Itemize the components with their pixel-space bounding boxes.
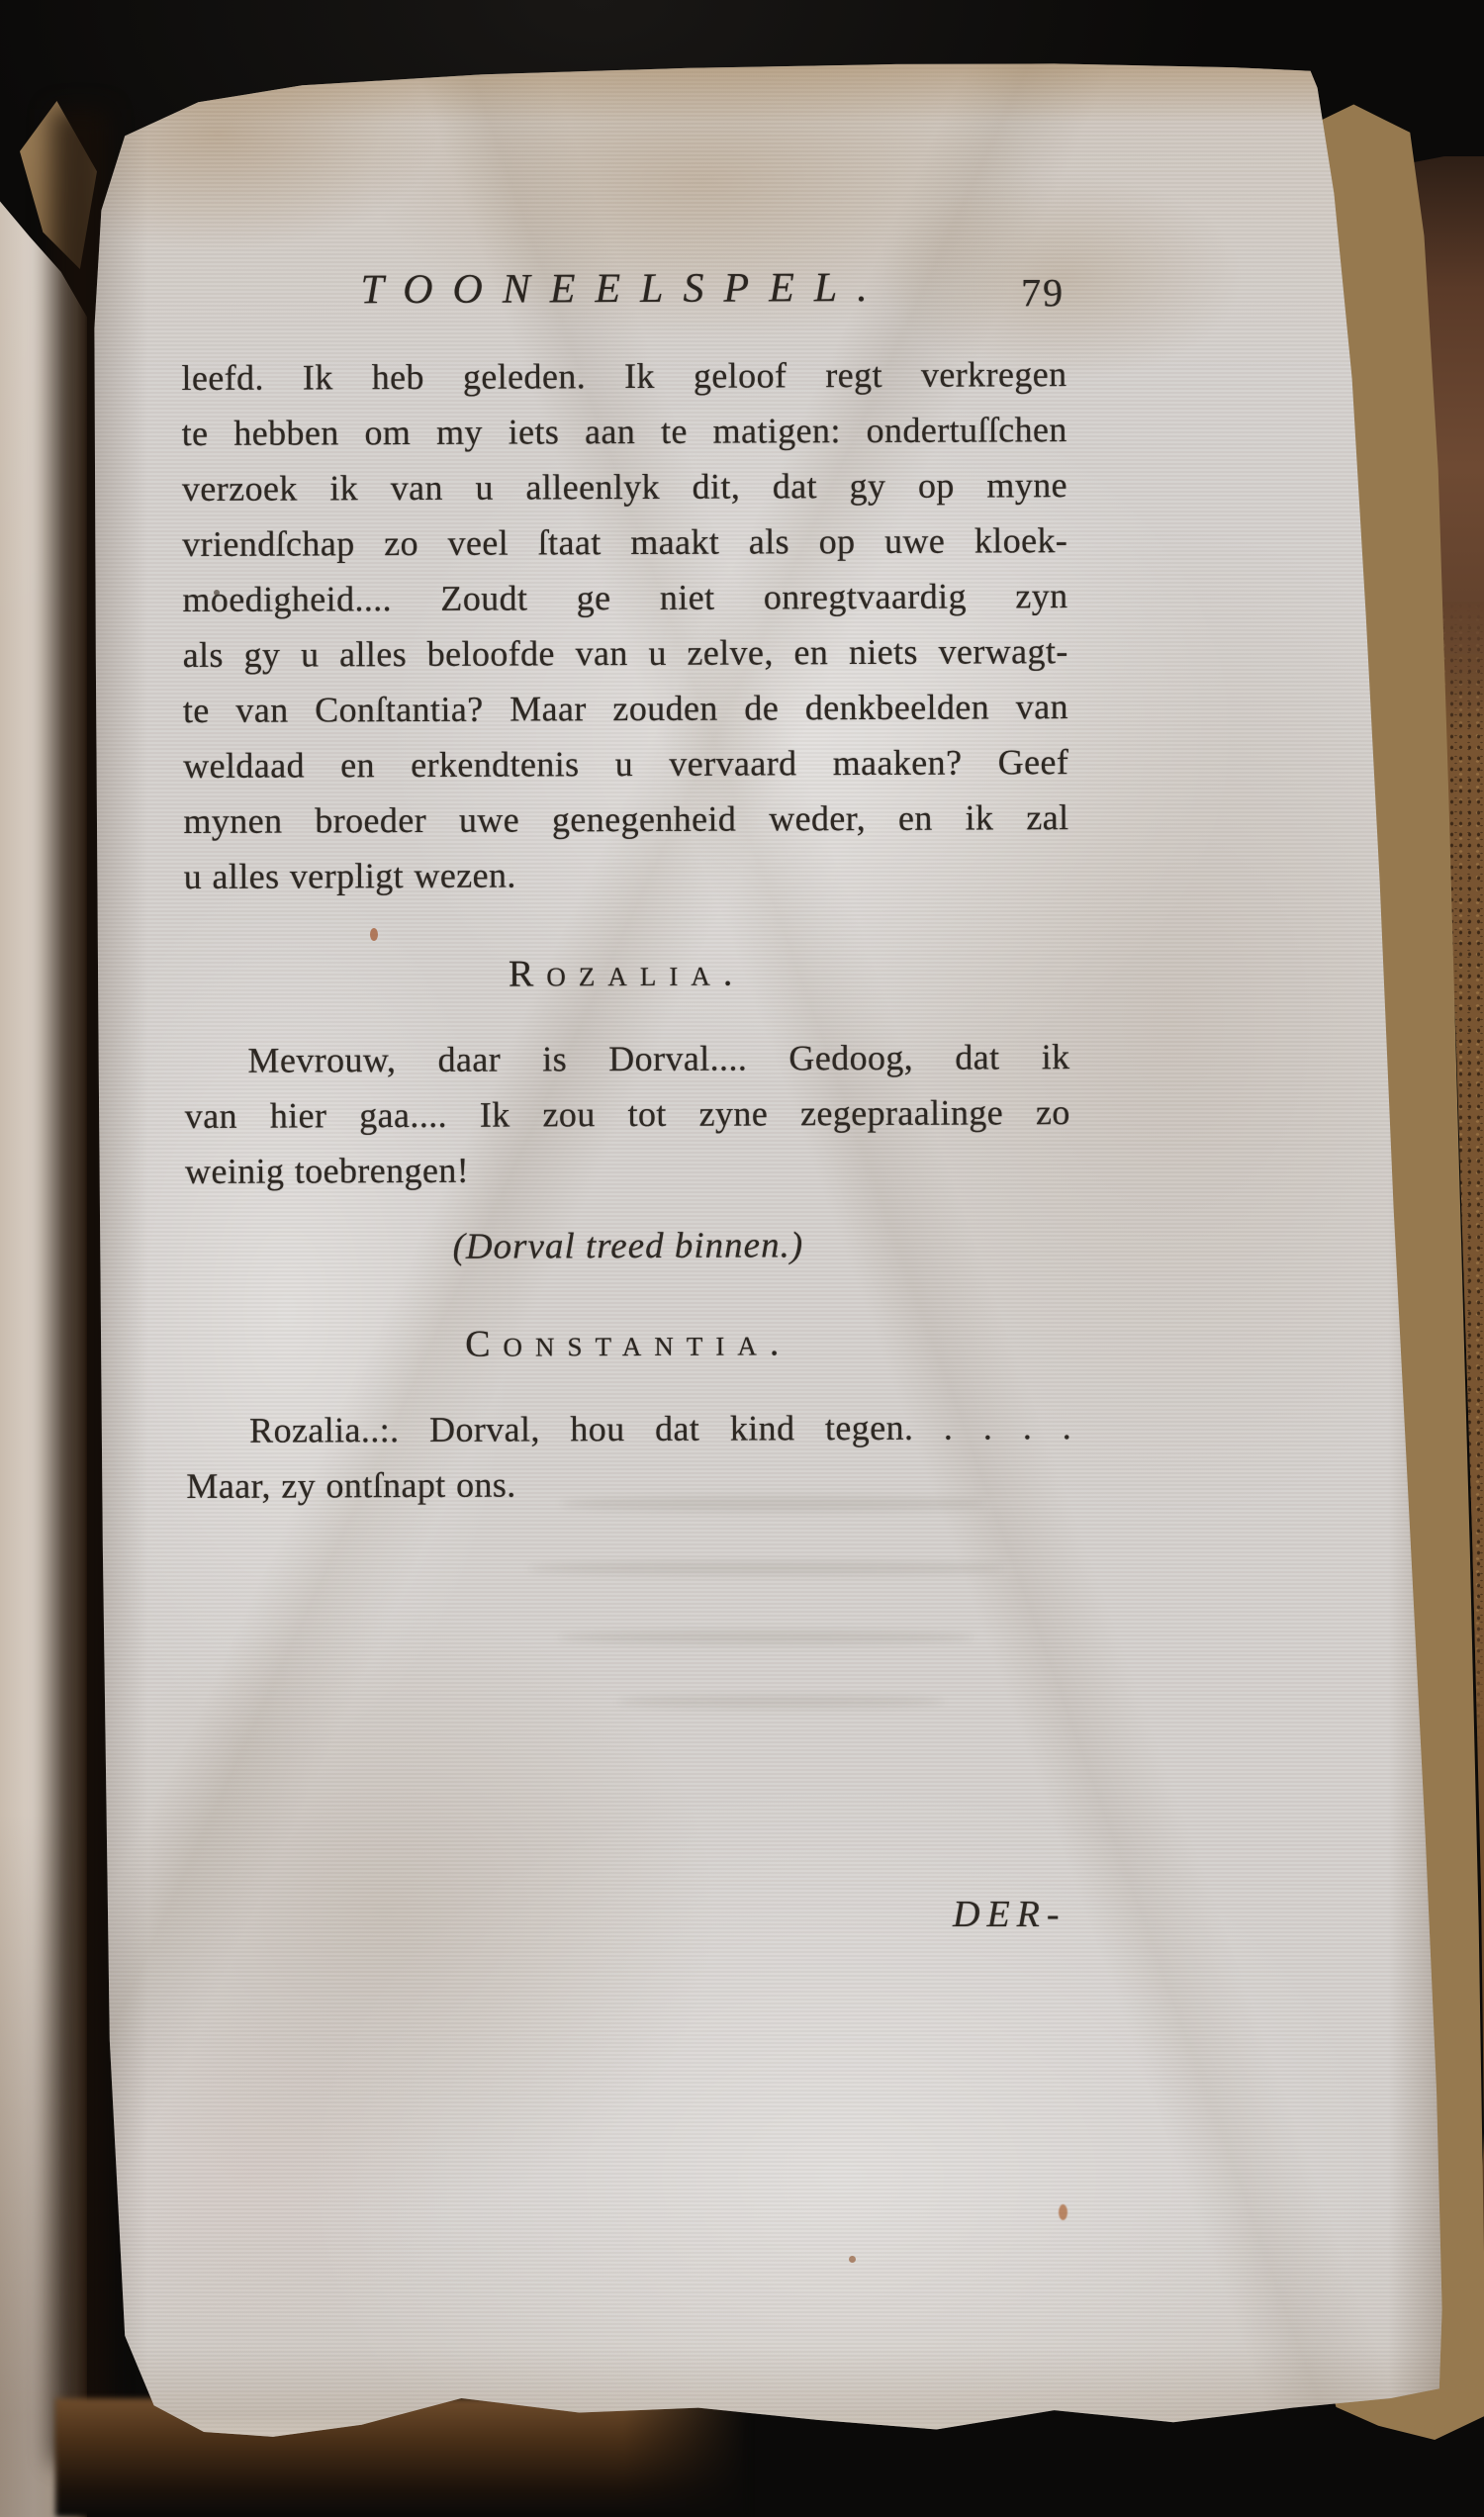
foxing-spot [1059,2204,1067,2220]
speaker-name: Constantia. [186,1316,1071,1371]
text-line: verzoek ik van u alleenlyk dit, dat gy o… [182,457,1067,516]
show-through-smudge [558,1631,974,1644]
paragraph: Rozalia..:. Dorval, hou dat kind tegen. … [186,1399,1071,1514]
speaker-name: Rozalia. [184,946,1069,1001]
text-blocks: leefd. Ik heb geleden. Ik geloof regt ve… [181,346,1071,1514]
page-title: TOONEELSPEL. [360,264,886,314]
running-header: TOONEELSPEL. 79 [181,263,1067,323]
text-line: weinig toebrengen! [185,1140,1070,1199]
show-through-smudge [617,1696,944,1708]
text-line: te van Conſtantia? Maar zouden de denkbe… [183,679,1068,738]
paragraph: Mevrouw, daar is Dorval.... Gedoog, dat … [184,1029,1070,1199]
text-line: te hebben om my iets aan te matigen: ond… [182,402,1067,461]
text-line: vriendſchap zo veel ſtaat maakt als op u… [182,513,1067,572]
text-column: TOONEELSPEL. 79 leefd. Ik heb geleden. I… [181,263,1071,1514]
text-line: leefd. Ik heb geleden. Ik geloof regt ve… [181,346,1067,406]
paragraph: leefd. Ik heb geleden. Ik geloof regt ve… [181,346,1068,904]
text-line: Rozalia..:. Dorval, hou dat kind tegen. … [186,1399,1071,1458]
text-line: mynen broeder uwe genegenheid weder, en … [183,790,1068,849]
bottom-edge-shadow [55,2398,748,2517]
stage-direction: (Dorval treed binnen.) [185,1219,1070,1274]
text-line: moedigheid.... Zoudt ge niet onregtvaard… [182,568,1067,627]
show-through-smudge [528,1561,1003,1575]
catchword: DER- [953,1893,1067,1936]
text-line: Mevrouw, daar is Dorval.... Gedoog, dat … [184,1029,1069,1088]
page-number: 79 [1021,269,1065,316]
text-line: weldaad en erkendtenis u vervaard maaken… [183,734,1068,793]
book-page: TOONEELSPEL. 79 leefd. Ik heb geleden. I… [65,61,1450,2466]
text-line: Maar, zy ontſnapt ons. [186,1454,1071,1514]
text-line: van hier gaa.... Ik zou tot zyne zegepra… [185,1084,1070,1144]
text-line: als gy u alles beloofde van u zelve, en … [183,623,1068,683]
text-line: u alles verpligt wezen. [184,845,1069,904]
foxing-spot [849,2256,856,2263]
